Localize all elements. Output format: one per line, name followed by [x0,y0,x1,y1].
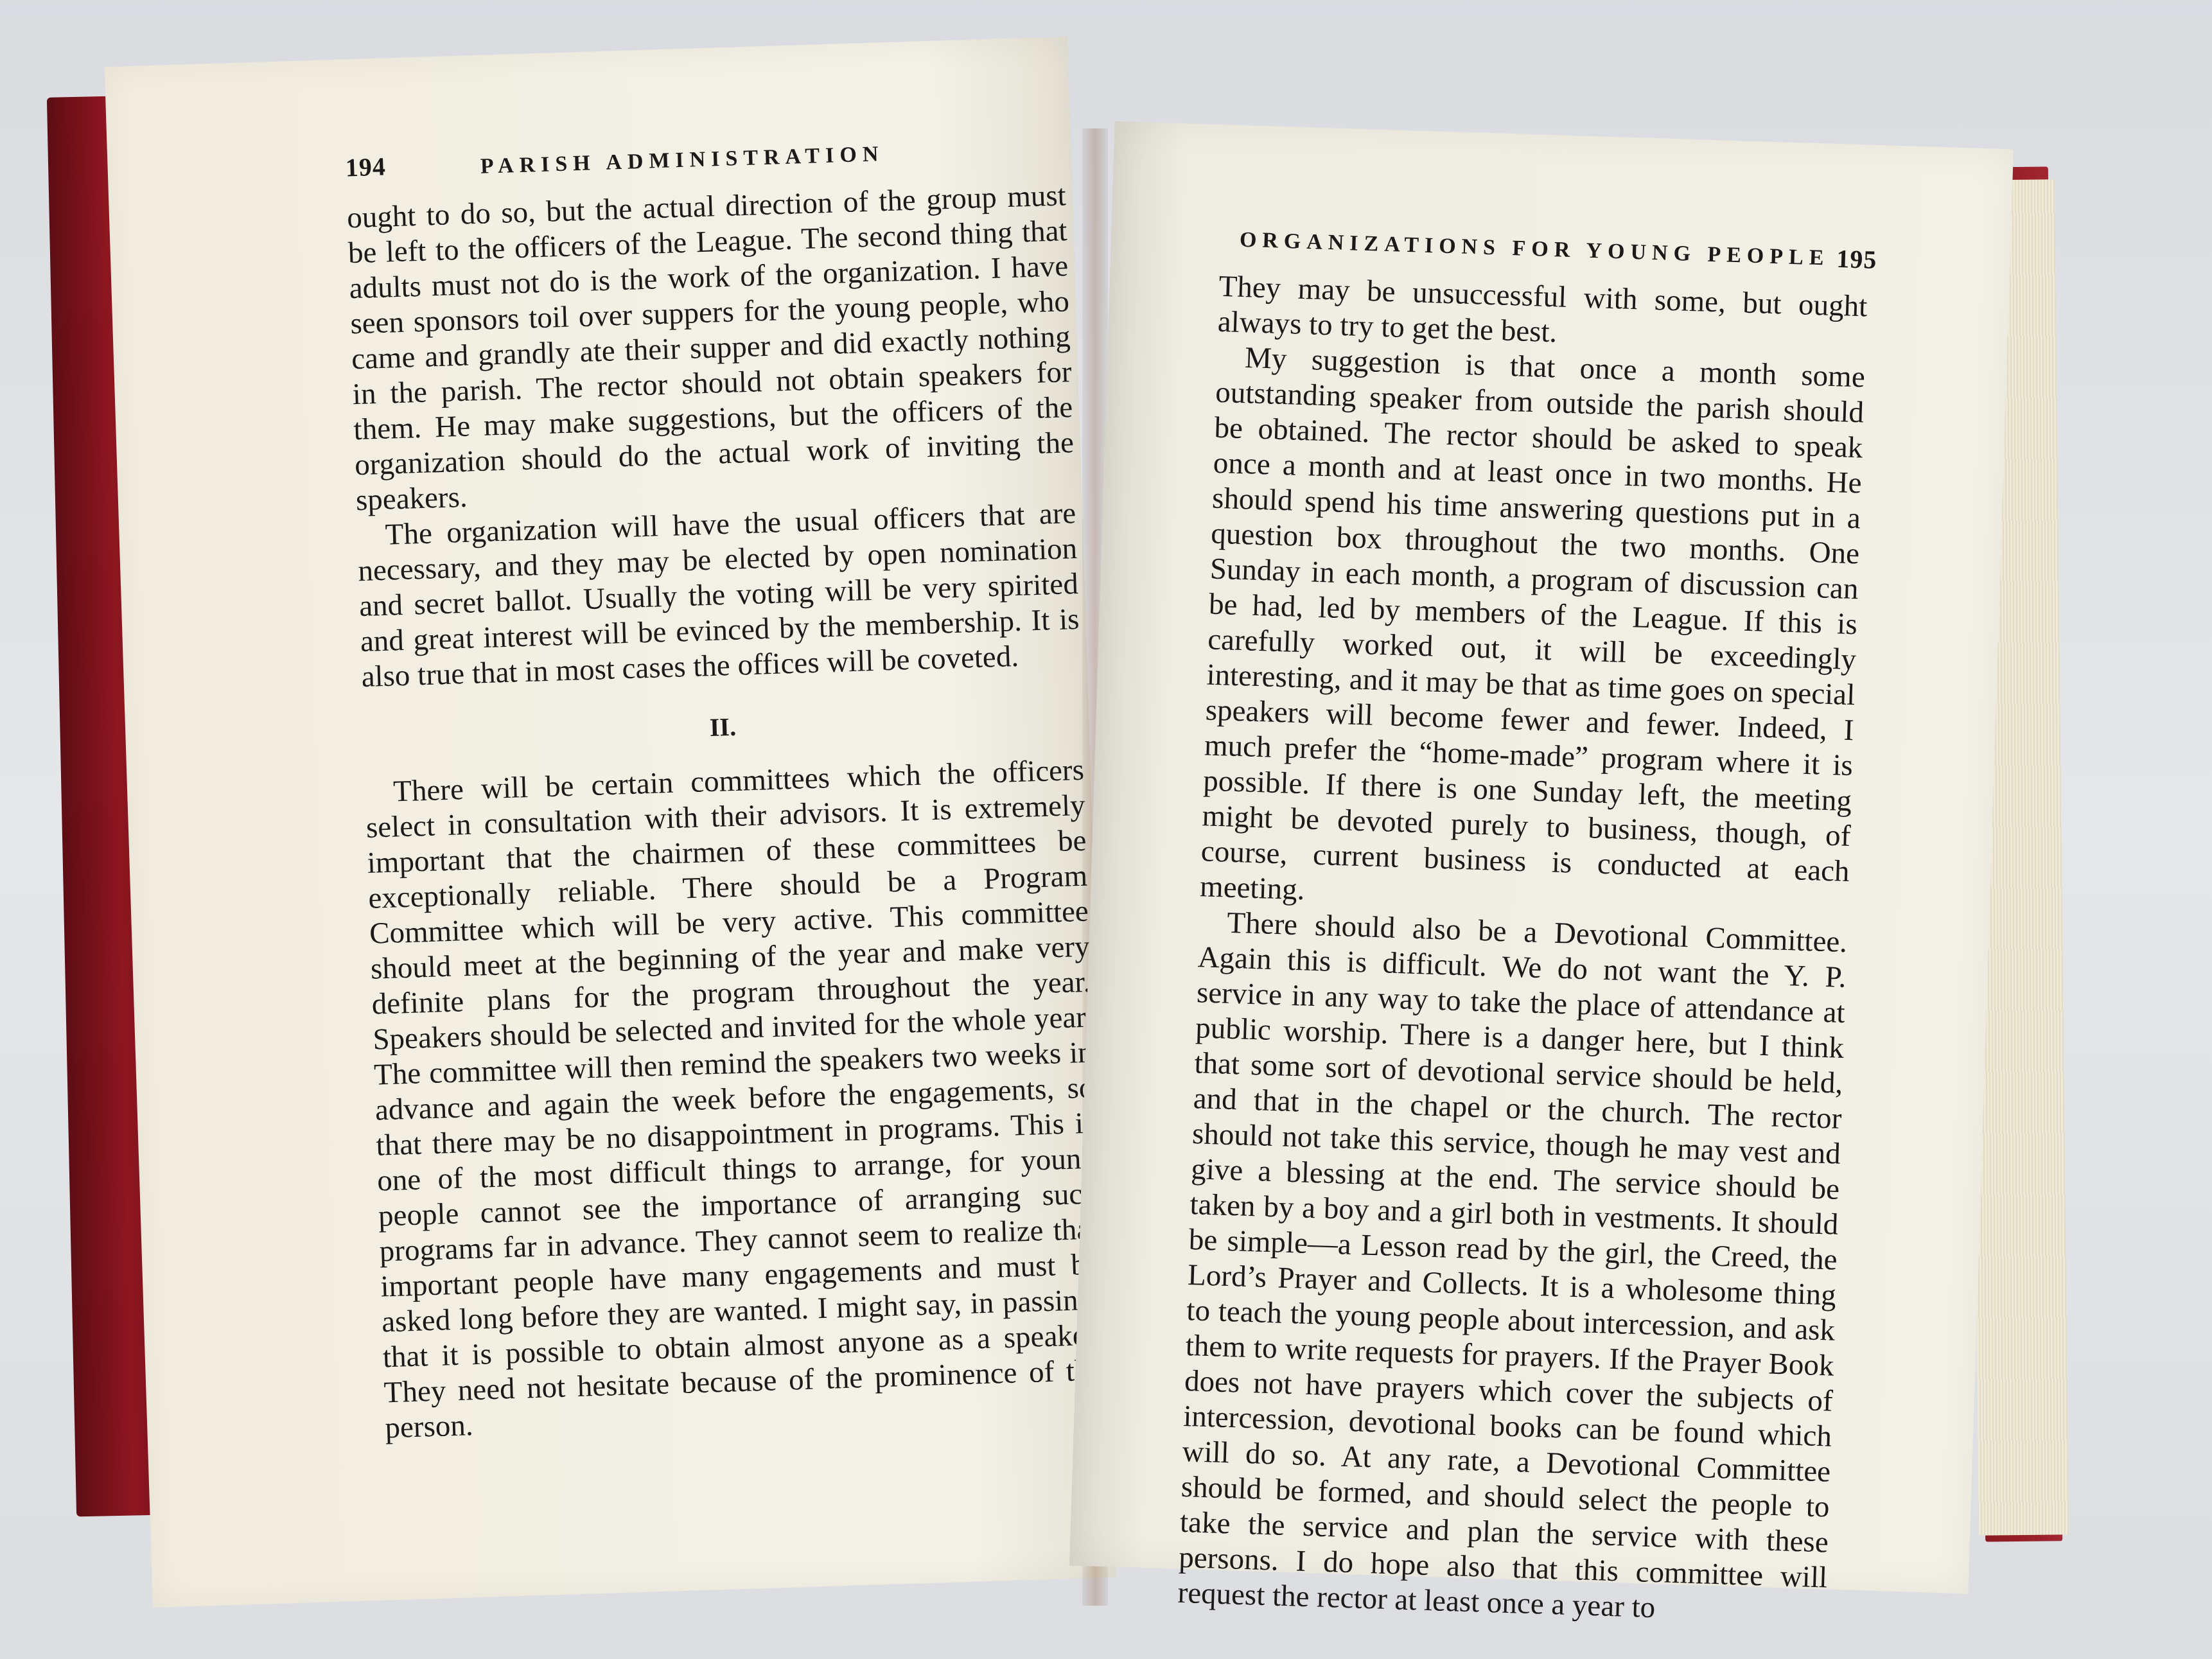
right-page-body: They may be unsuccessful with some, but … [1177,269,1868,1631]
paragraph: My suggestion is that once a month some … [1199,340,1865,925]
paragraph: ought to do so, but the actual direction… [346,178,1075,518]
running-head-right: ORGANIZATIONS FOR YOUNG PEOPLE [1239,228,1830,271]
page-number-right: 195 [1836,243,1877,275]
paragraph: There should also be a Devotional Commit… [1177,904,1848,1631]
left-page: 194 PARISH ADMINISTRATION ought to do so… [105,37,1116,1608]
left-page-body: ought to do so, but the actual direction… [346,178,1104,1446]
running-head-left: PARISH ADMINISTRATION [480,142,884,179]
paragraph: There will be certain committees which t… [365,753,1105,1446]
right-page: ORGANIZATIONS FOR YOUNG PEOPLE 195 They … [1069,121,2014,1594]
section-heading: II. [363,698,1083,756]
page-number-left: 194 [345,151,386,182]
paragraph: The organization will have the usual off… [356,496,1081,695]
